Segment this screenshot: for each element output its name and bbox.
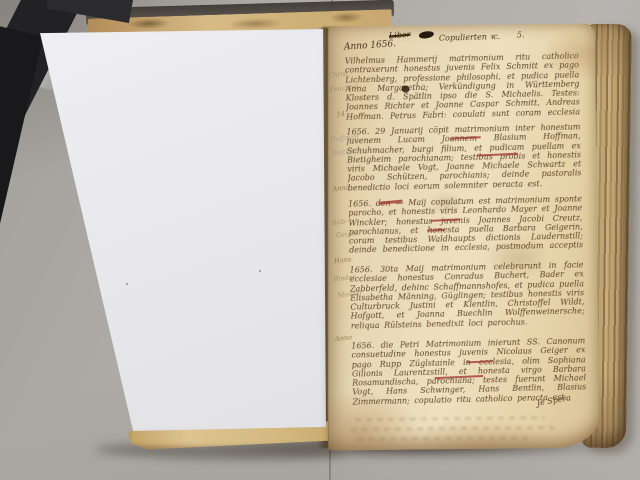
register-entry: Vilhelmus Hammerij matrimonium ritu cath… bbox=[345, 51, 580, 119]
manuscript-page-right: Liber Copulierten ꝛc. 5. Anno 1656. Vilh… bbox=[321, 24, 599, 451]
handwritten-text-block: Vilhelmus Hammerij matrimonium ritu cath… bbox=[345, 51, 588, 444]
margin-note: Rüb- bbox=[331, 217, 347, 227]
photo-of-open-manuscript: Liber Copulierten ꝛc. 5. Anno 1656. Vilh… bbox=[0, 0, 640, 480]
margin-note: 14 bbox=[336, 110, 345, 119]
ink-blot bbox=[418, 30, 434, 39]
register-entry: 1656. 30ta Maij matrimonium celebrarunt … bbox=[349, 260, 584, 331]
register-entry: 1656. 29 Januarij cöpit matrimonium inte… bbox=[346, 122, 581, 190]
paper-speck bbox=[126, 283, 128, 285]
paper-speck bbox=[259, 270, 261, 272]
year-heading: Anno 1656. bbox=[344, 39, 397, 52]
folio-number: 5. bbox=[517, 30, 525, 39]
margin-note: Anno bbox=[335, 333, 353, 343]
header-title-script: Copulierten ꝛc. bbox=[439, 31, 501, 44]
page-header: Liber Copulierten ꝛc. bbox=[381, 27, 587, 43]
